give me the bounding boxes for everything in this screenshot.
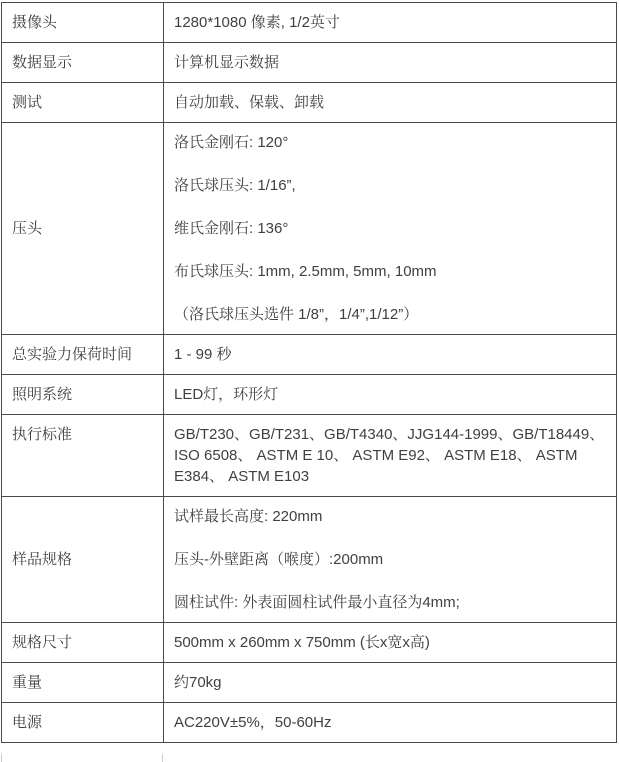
spec-row-dwell-time: 总实验力保荷时间 1 - 99 秒 — [2, 335, 617, 375]
spec-row-dimensions: 规格尺寸 500mm x 260mm x 750mm (长x宽x高) — [2, 623, 617, 663]
spec-label-data-display: 数据显示 — [2, 43, 164, 83]
spec-value-sample-spec: 试样最长高度: 220mm 压头-外壁距离（喉度）:200mm 圆柱试件: 外表… — [164, 497, 617, 623]
spec-row-power: 电源 AC220V±5%，50-60Hz — [2, 703, 617, 743]
spec-line: 洛氏球压头: 1/16”, — [174, 175, 606, 196]
spec-label-camera: 摄像头 — [2, 3, 164, 43]
spec-line: 试样最长高度: 220mm — [174, 506, 606, 527]
spec-row-indenter: 压头 洛氏金刚石: 120° 洛氏球压头: 1/16”, 维氏金刚石: 136°… — [2, 123, 617, 335]
spec-table: 摄像头 1280*1080 像素, 1/2英寸 数据显示 计算机显示数据 测试 … — [1, 2, 617, 743]
spec-value-indenter: 洛氏金刚石: 120° 洛氏球压头: 1/16”, 维氏金刚石: 136° 布氏… — [164, 123, 617, 335]
spec-value-standards: GB/T230、GB/T231、GB/T4340、JJG144-1999、GB/… — [164, 415, 617, 497]
spec-label-weight: 重量 — [2, 663, 164, 703]
spec-line: 布氏球压头: 1mm, 2.5mm, 5mm, 10mm — [174, 261, 606, 282]
spec-value-data-display: 计算机显示数据 — [164, 43, 617, 83]
spec-line: 500mm x 260mm x 750mm (长x宽x高) — [174, 632, 606, 653]
spec-label-standards: 执行标准 — [2, 415, 164, 497]
spec-line: 圆柱试件: 外表面圆柱试件最小直径为4mm; — [174, 592, 606, 613]
spec-line: 1280*1080 像素, 1/2英寸 — [174, 12, 606, 33]
cut-row-column-divider — [162, 754, 163, 762]
spec-value-dwell-time: 1 - 99 秒 — [164, 335, 617, 375]
spec-value-power: AC220V±5%，50-60Hz — [164, 703, 617, 743]
spec-line: 计算机显示数据 — [174, 52, 606, 73]
spec-row-sample-spec: 样品规格 试样最长高度: 220mm 压头-外壁距离（喉度）:200mm 圆柱试… — [2, 497, 617, 623]
next-row-cut-off — [0, 743, 619, 762]
spec-value-camera: 1280*1080 像素, 1/2英寸 — [164, 3, 617, 43]
spec-label-power: 电源 — [2, 703, 164, 743]
cut-row-left-border — [1, 754, 2, 762]
spec-line: 1 - 99 秒 — [174, 344, 606, 365]
spec-row-weight: 重量 约70kg — [2, 663, 617, 703]
spec-label-sample-spec: 样品规格 — [2, 497, 164, 623]
spec-label-dwell-time: 总实验力保荷时间 — [2, 335, 164, 375]
spec-label-test: 测试 — [2, 83, 164, 123]
spec-line: 自动加载、保载、卸载 — [174, 92, 606, 113]
spec-row-camera: 摄像头 1280*1080 像素, 1/2英寸 — [2, 3, 617, 43]
spec-label-indenter: 压头 — [2, 123, 164, 335]
spec-line: 洛氏金刚石: 120° — [174, 132, 606, 153]
spec-line: （洛氏球压头选件 1/8”，1/4”,1/12”） — [174, 304, 606, 325]
spec-row-standards: 执行标准 GB/T230、GB/T231、GB/T4340、JJG144-199… — [2, 415, 617, 497]
spec-line: GB/T230、GB/T231、GB/T4340、JJG144-1999、GB/… — [174, 424, 606, 487]
spec-label-dimensions: 规格尺寸 — [2, 623, 164, 663]
spec-line: LED灯，环形灯 — [174, 384, 606, 405]
spec-value-lighting: LED灯，环形灯 — [164, 375, 617, 415]
spec-label-lighting: 照明系统 — [2, 375, 164, 415]
spec-row-data-display: 数据显示 计算机显示数据 — [2, 43, 617, 83]
spec-value-test: 自动加载、保载、卸载 — [164, 83, 617, 123]
spec-line: 约70kg — [174, 672, 606, 693]
spec-line: 维氏金刚石: 136° — [174, 218, 606, 239]
spec-row-lighting: 照明系统 LED灯，环形灯 — [2, 375, 617, 415]
spec-value-dimensions: 500mm x 260mm x 750mm (长x宽x高) — [164, 623, 617, 663]
spec-line: 压头-外壁距离（喉度）:200mm — [174, 549, 606, 570]
spec-value-weight: 约70kg — [164, 663, 617, 703]
spec-line: AC220V±5%，50-60Hz — [174, 712, 606, 733]
spec-row-test: 测试 自动加载、保载、卸载 — [2, 83, 617, 123]
